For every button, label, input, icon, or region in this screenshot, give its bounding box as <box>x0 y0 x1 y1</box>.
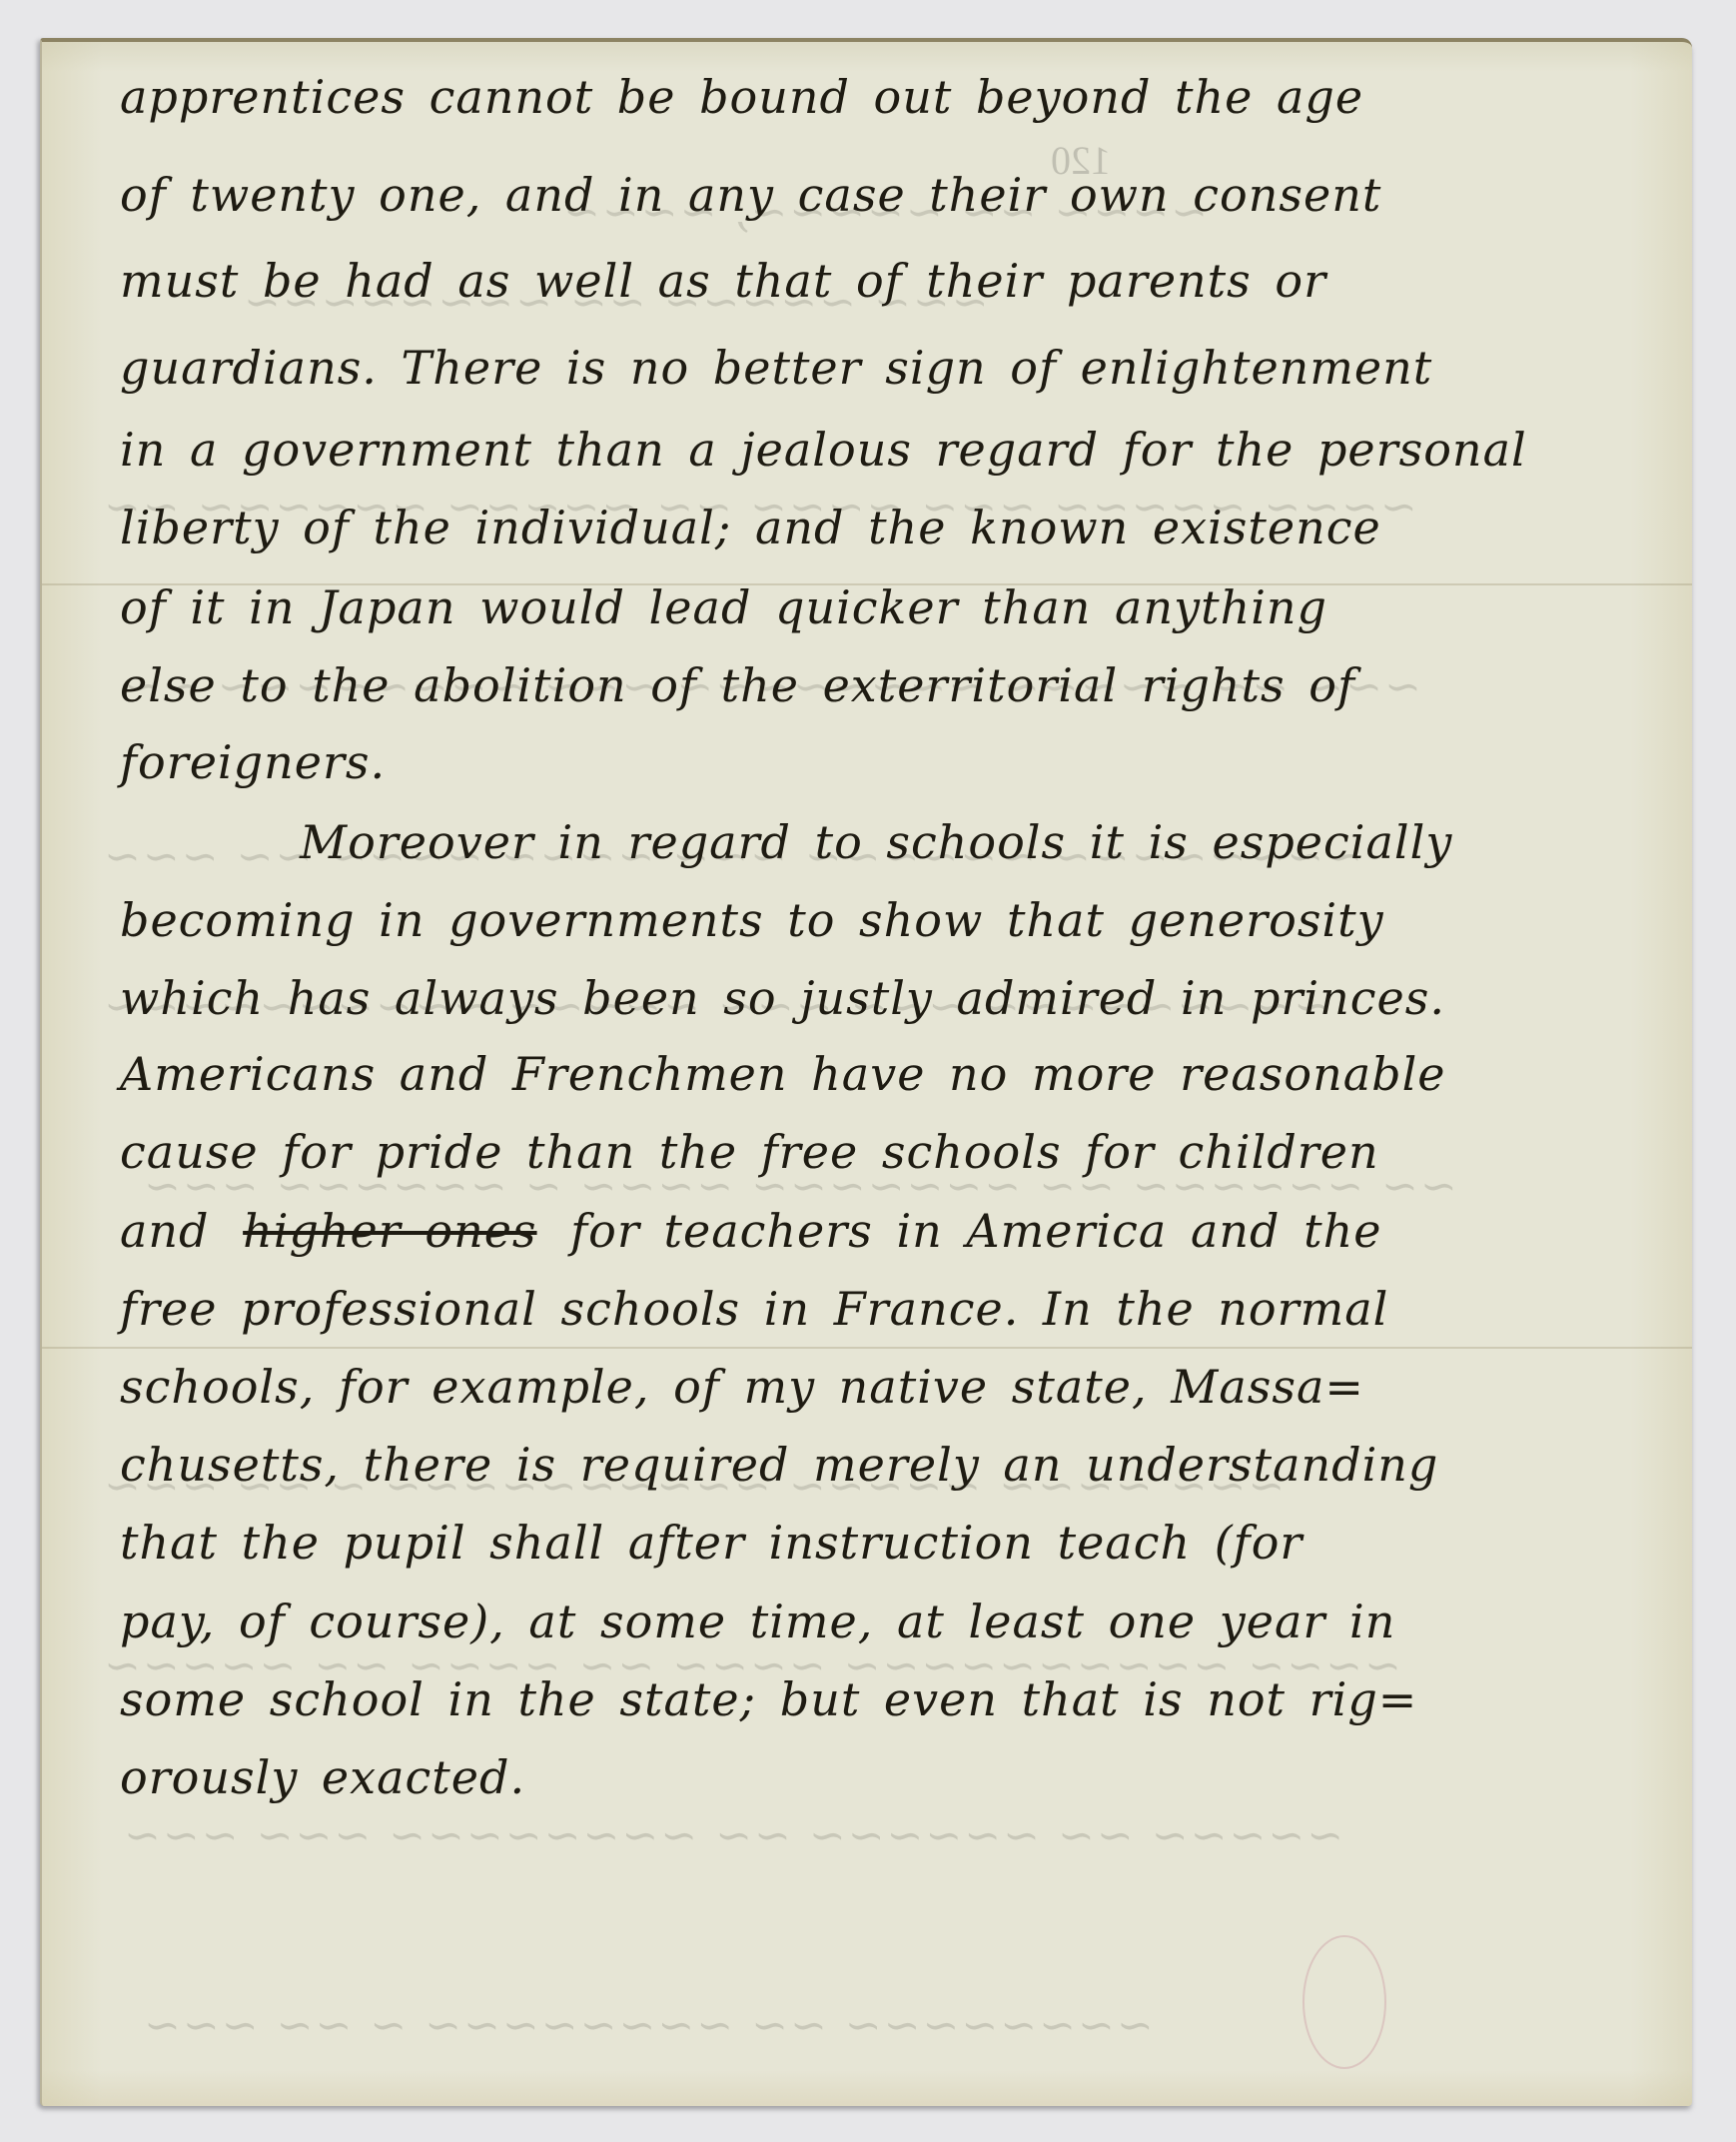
archive-stamp-bleed <box>1302 1935 1386 2069</box>
text-line: pay, of course), at some time, at least … <box>120 1590 1658 1653</box>
line-text-after: for teachers in America and the <box>570 1204 1381 1258</box>
text-line: in a government than a jealous regard fo… <box>120 418 1658 482</box>
text-line: chusetts, there is required merely an un… <box>120 1433 1658 1497</box>
text-line: must be had as well as that of their par… <box>120 249 1658 313</box>
bleed-through-text: ~~~~~~~~ ~~ ~~~~~~~~ ~ ~~ ~~~ <box>142 2000 1154 2051</box>
text-line-with-deletion: and higher ones for teachers in America … <box>120 1199 1658 1263</box>
text-line: foreigners. <box>120 730 1658 794</box>
bleed-through-text: ~~~~~ ~~ ~~~~~~ ~~ ~~~~~~~~ ~~~ ~~~ <box>122 1810 1343 1861</box>
text-line: guardians. There is no better sign of en… <box>120 336 1658 400</box>
text-line: becoming in governments to show that gen… <box>120 888 1658 952</box>
text-line: of twenty one, and in any case their own… <box>120 163 1658 227</box>
text-line: free professional schools in France. In … <box>120 1277 1658 1341</box>
text-line: orously exacted. <box>120 1745 1658 1809</box>
struck-through-words: higher ones <box>243 1204 536 1258</box>
text-line: liberty of the individual; and the known… <box>120 496 1658 559</box>
text-line: cause for pride than the free schools fo… <box>120 1120 1658 1184</box>
text-line: which has always been so justly admired … <box>120 966 1658 1030</box>
text-line: apprentices cannot be bound out beyond t… <box>120 65 1658 129</box>
text-line: Americans and Frenchmen have no more rea… <box>120 1042 1658 1106</box>
paragraph-start-line: Moreover in regard to schools it is espe… <box>120 810 1658 874</box>
text-line: schools, for example, of my native state… <box>120 1355 1658 1419</box>
manuscript-text: apprentices cannot be bound out beyond t… <box>120 65 1658 1476</box>
viewer-canvas: 120 ~~~~ ~~ ~~~~~, ~~~~ ~~~ ~~~~~ ~~ ~~~… <box>0 0 1736 2142</box>
text-line: that the pupil shall after instruction t… <box>120 1511 1658 1575</box>
text-line: else to the abolition of the exterritori… <box>120 653 1658 717</box>
text-line: some school in the state; but even that … <box>120 1667 1658 1731</box>
text-line: of it in Japan would lead quicker than a… <box>120 575 1658 639</box>
line-text-before: and <box>120 1204 210 1258</box>
